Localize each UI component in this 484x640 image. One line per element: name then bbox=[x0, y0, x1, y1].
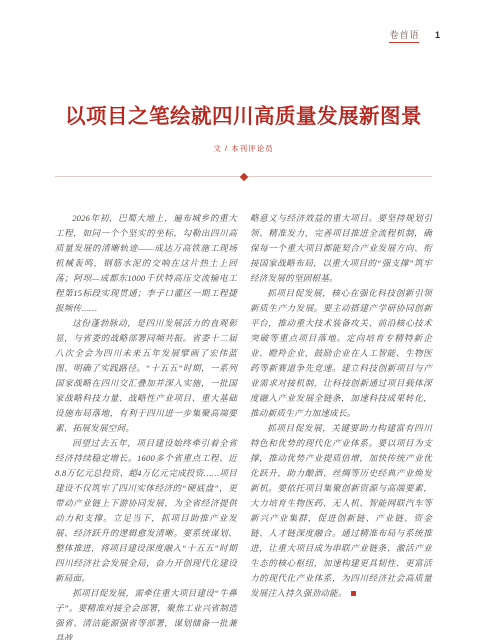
diamond-ornament-icon bbox=[239, 172, 247, 180]
page-header: 卷首语 1 bbox=[389, 28, 440, 41]
article-end-mark-icon bbox=[350, 590, 357, 597]
body-paragraph: 2026年初，巴蜀大地上，遍布城乡的重大工程，如同一个个坚实的坐标，勾勒出四川高… bbox=[55, 211, 237, 316]
section-label: 卷首语 bbox=[389, 30, 419, 43]
article-title: 以项目之笔绘就四川高质量发展新图景 bbox=[55, 0, 432, 130]
divider-rule bbox=[55, 176, 432, 177]
body-paragraph: 抓项目促发展，核心在强化科技创新引领新质生产力发展。要主动搭建产学研协同创新平台… bbox=[250, 286, 432, 421]
body-paragraph: 这份蓬勃脉动，是四川发展活力的直观彰显，与省委的战略部署同频共振。省委十二届八次… bbox=[55, 316, 237, 436]
body-paragraph: 抓项目促发展，需牵住重大项目建设“牛鼻子”。要精准对接全会部署，聚焦工业兴省制造… bbox=[55, 586, 237, 640]
magazine-page: 卷首语 1 以项目之笔绘就四川高质量发展新图景 文 / 本刊评论员 2026年初… bbox=[0, 0, 484, 640]
body-paragraph: 抓项目促发展，关键要助力构建富有四川特色和优势的现代化产业体系。要以项目为支撑，… bbox=[250, 421, 432, 601]
article-body: 2026年初，巴蜀大地上，遍布城乡的重大工程，如同一个个坚实的坐标，勾勒出四川高… bbox=[55, 211, 432, 640]
body-paragraph: 回望过去五年，项目建设始终牵引着全省经济持续稳定增长。1600多个省重点工程、近… bbox=[55, 436, 237, 586]
article-byline: 文 / 本刊评论员 bbox=[55, 143, 432, 154]
page-number: 1 bbox=[435, 30, 440, 40]
body-paragraph: 略意义与经济效益的重大项目。要坚持规划引领、精准发力，完善项目推进全流程机制，确… bbox=[250, 211, 432, 286]
column-left: 2026年初，巴蜀大地上，遍布城乡的重大工程，如同一个个坚实的坐标，勾勒出四川高… bbox=[55, 211, 237, 640]
column-right: 略意义与经济效益的重大项目。要坚持规划引领、精准发力，完善项目推进全流程机制，确… bbox=[250, 211, 432, 640]
